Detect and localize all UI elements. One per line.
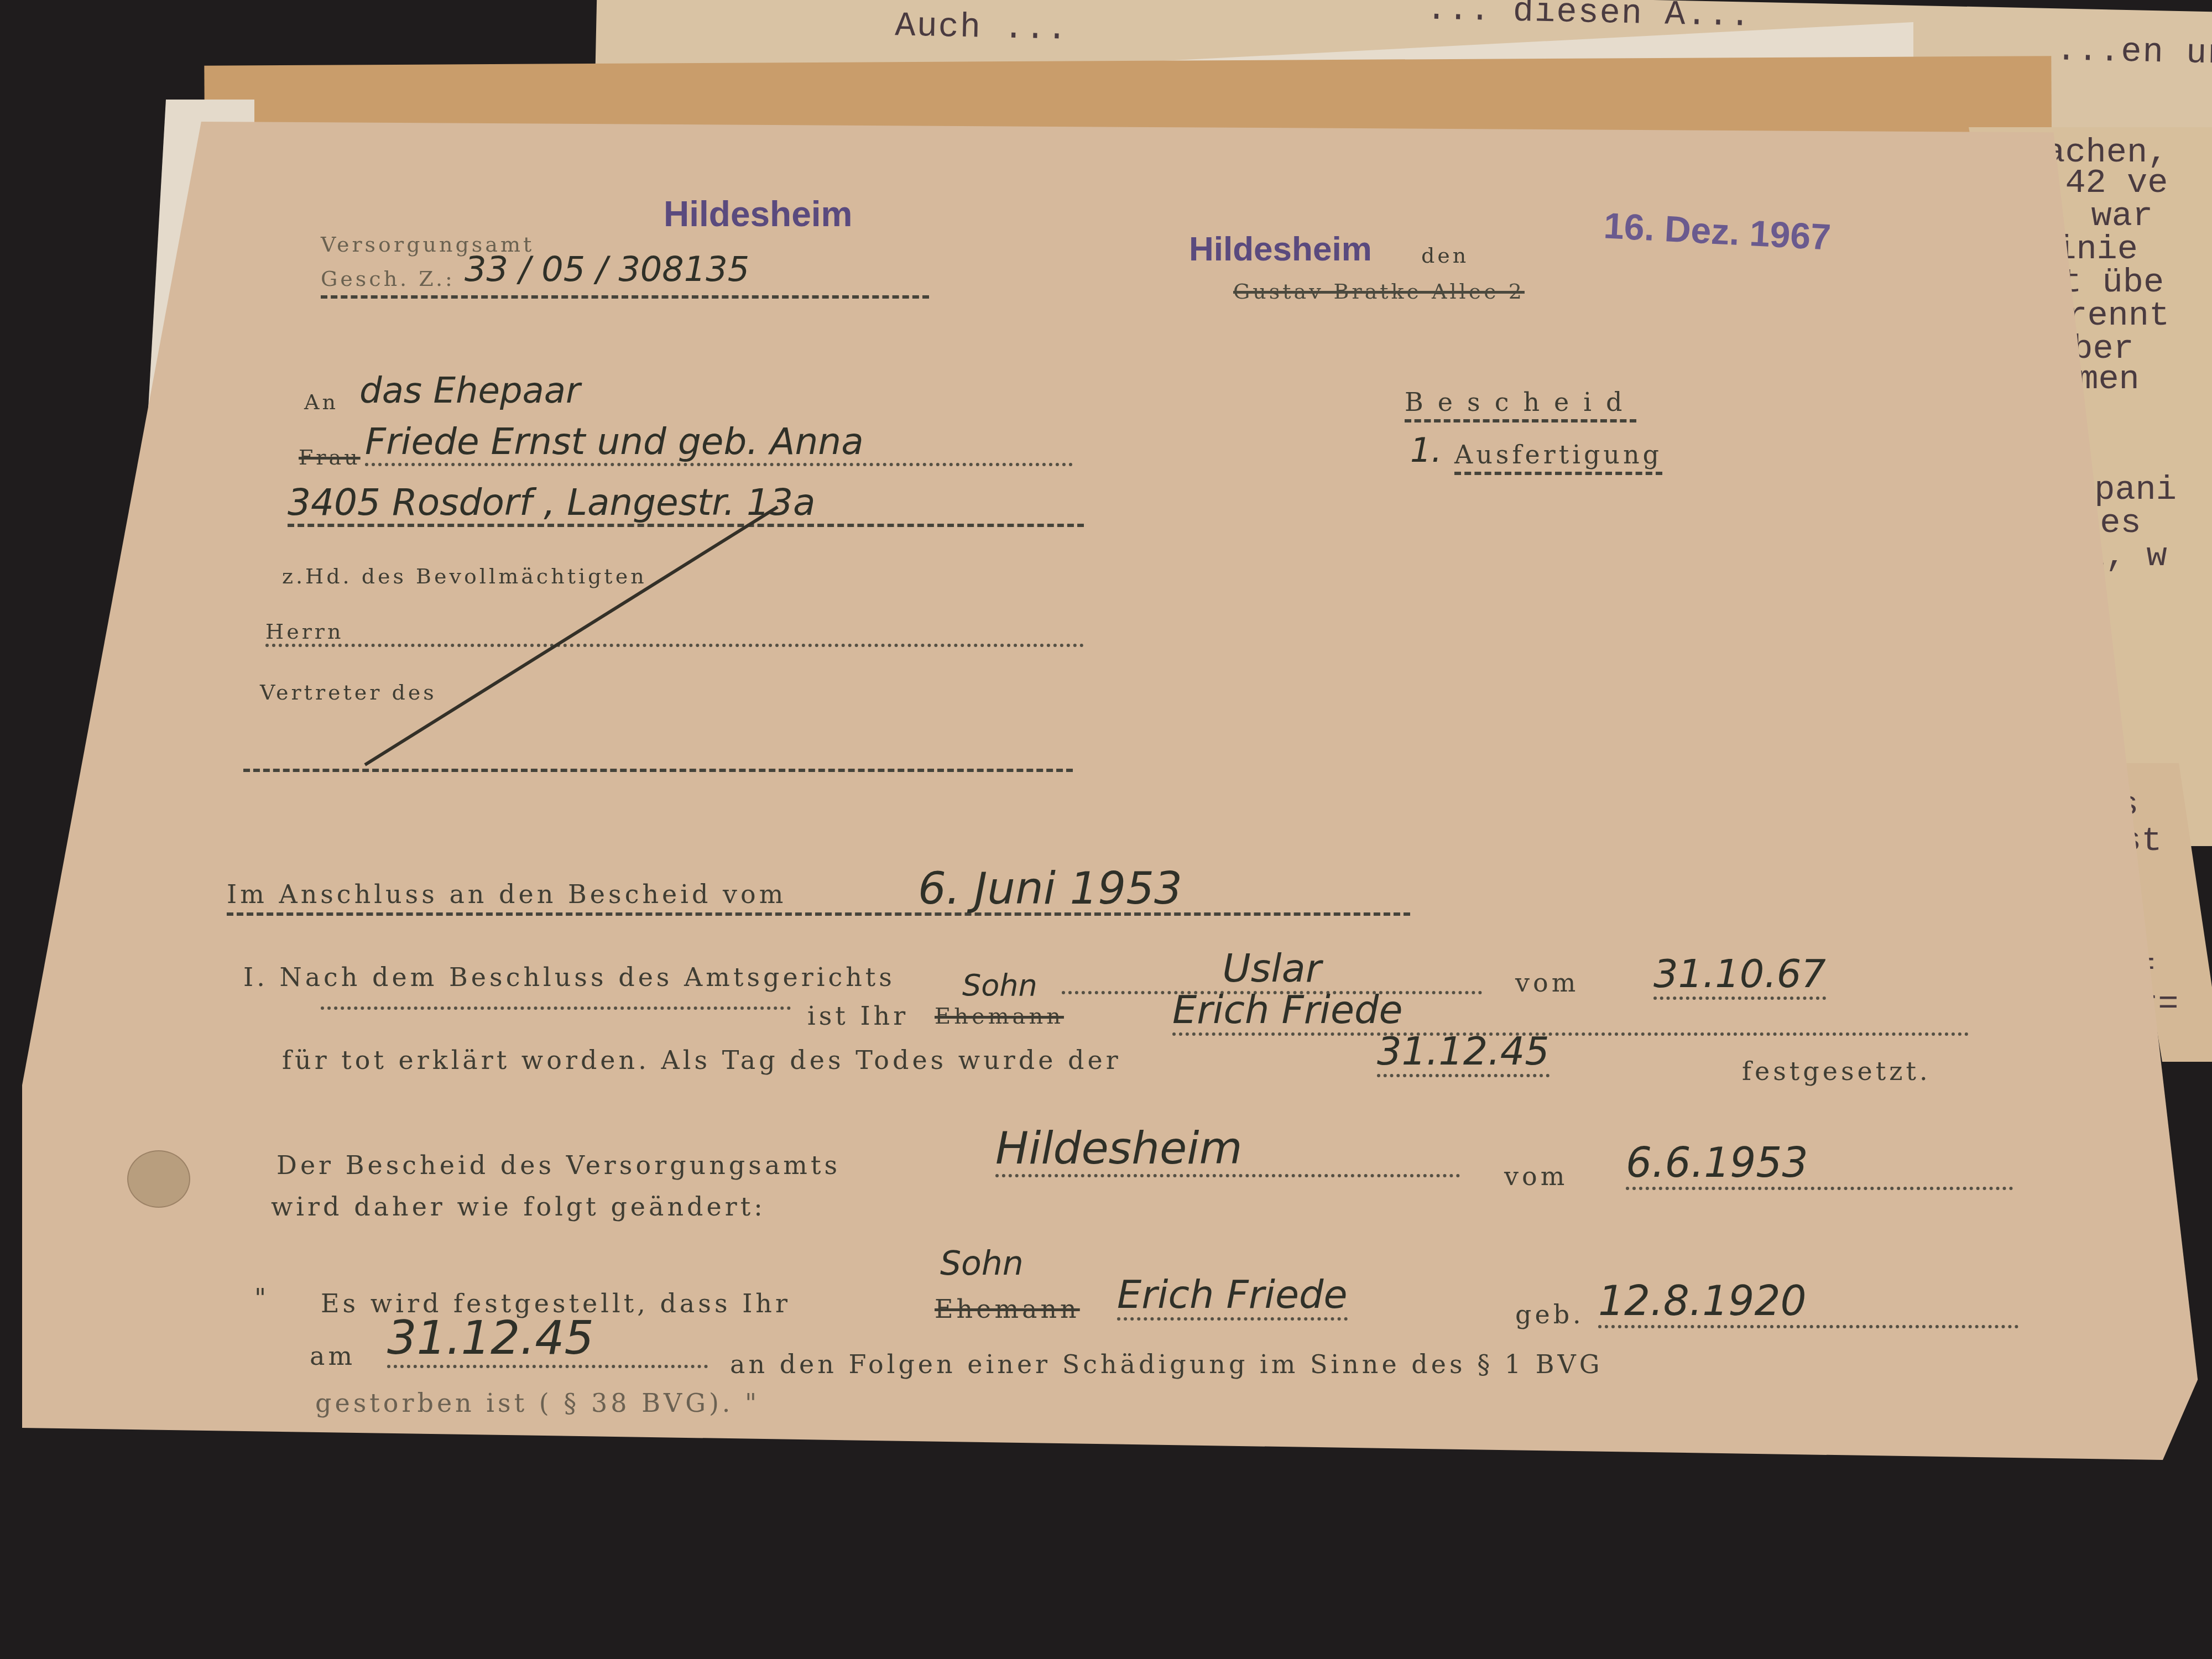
an-label: An — [304, 390, 338, 414]
quote-death-date: 31.12.45 — [387, 1311, 708, 1368]
section1-end: festgesetzt. — [1742, 1056, 1931, 1086]
section1-line3: für tot erklärt worden. Als Tag des Tode… — [282, 1045, 1121, 1075]
birth-date: 12.8.1920 — [1598, 1277, 2018, 1328]
crossed-address: Gustav-Bratke-Allee 2 — [1233, 279, 1525, 304]
relation-inserted: Sohn — [962, 968, 1037, 1003]
death-date: 31.12.45 — [1377, 1029, 1550, 1077]
file-ref-value: 33 / 05 / 308135 — [465, 249, 749, 289]
section2-office: Hildesheim — [995, 1123, 1460, 1177]
punch-hole — [127, 1150, 190, 1208]
place-suffix: den — [1421, 243, 1469, 268]
reference-printed: Im Anschluss an den Bescheid vom — [227, 879, 1410, 916]
bg-letter-line: Auch ... — [895, 6, 1069, 49]
geb-label: geb. — [1515, 1300, 1584, 1329]
frau-label: Frau — [299, 445, 361, 469]
reference-date: 6. Juni 1953 — [918, 863, 1182, 914]
section2-vom: vom — [1504, 1161, 1568, 1191]
place-stamp: Hildesheim — [1189, 229, 1372, 269]
am-label: am — [310, 1341, 356, 1371]
quote-line3-cut: gestorben ist ( § 38 BVG). " — [315, 1388, 760, 1418]
vertreter-label: Vertreter des — [260, 680, 437, 705]
blank-dotted-field — [321, 1006, 791, 1010]
office-stamp: Hildesheim — [664, 194, 852, 234]
bescheid-form: Hildesheim Versorgungsamt Gesch. Z.: 33 … — [22, 122, 2206, 1460]
an-handwritten: das Ehepaar — [359, 371, 580, 411]
signature-line — [243, 769, 1073, 772]
quote-relation-crossed: Ehemann — [935, 1294, 1080, 1324]
quote-relation-inserted: Sohn — [940, 1244, 1024, 1283]
section1-line2: ist Ihr — [807, 1001, 909, 1031]
deceased-name: Erich Friede — [1172, 987, 1969, 1036]
quote-person: Erich Friede — [1117, 1272, 1348, 1321]
copy-label: Ausfertigung — [1454, 440, 1662, 475]
recipient-address: 3405 Rosdorf , Langestr. 13a — [288, 481, 1084, 527]
copy-number: 1. — [1410, 431, 1442, 470]
quote-open: " — [254, 1283, 269, 1313]
recipient-name: Friede Ernst und geb. Anna — [365, 420, 1073, 466]
section1-line1: I. Nach dem Beschluss des Amtsgerichts — [243, 962, 895, 992]
zhd-label: z.Hd. des Bevollmächtigten — [282, 564, 647, 588]
date-stamp: 16. Dez. 1967 — [1603, 204, 1832, 258]
relation-crossed: Ehemann — [935, 1004, 1064, 1029]
section2-line2: wird daher wie folgt geändert: — [271, 1192, 766, 1222]
bg-letter-line: ...en und T — [2056, 30, 2212, 75]
quote-line2: an den Folgen einer Schädigung im Sinne … — [730, 1349, 1603, 1379]
bg-letter-line: ... diesen A... — [1426, 0, 1751, 36]
herrn-label: Herrn — [265, 619, 1084, 647]
section2-date: 6.6.1953 — [1626, 1139, 2013, 1190]
doc-type-heading: Bescheid — [1405, 387, 1636, 422]
section2-line1: Der Bescheid des Versorgungsamts — [276, 1150, 841, 1180]
